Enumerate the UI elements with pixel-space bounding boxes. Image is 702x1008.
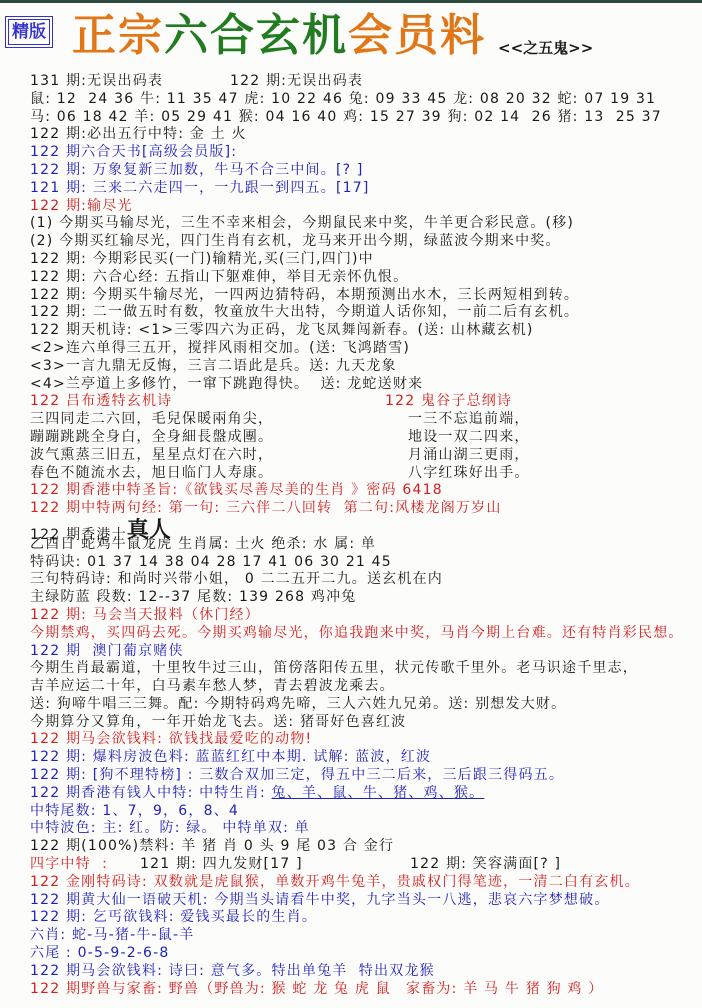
text-line: 122 期: 乞丐欲钱料: 爱钱买最长的生肖。 [30, 906, 702, 924]
text-segment: 月涌山湖三更雨， [408, 447, 530, 463]
text-line: (1) 今期买马输尽光，三生不幸来相会，今期鼠民来中奖，牛羊更合彩民意。(移) [30, 212, 702, 230]
version-badge: 精版 [8, 19, 50, 45]
text-line: 122 期: 六合心经: 五指山下躯难伸，举目无亲怀仇恨。 [30, 266, 702, 284]
text-segment: 主绿防蓝 段数: 12--37 尾数: 139 268 鸡冲兔 [30, 589, 357, 605]
text-segment: 122 期香港有钱人中特: 中特生肖: [30, 785, 272, 801]
text-segment: 122 期(100%)禁料: 羊 猪 肖 0 头 9 尾 03 合 金行 [30, 838, 394, 854]
text-line: 122 期: 二一做五时有数，牧童放牛大出特，今期道人话你知，一前二后有玄机。 [30, 301, 702, 319]
text-segment: 122 期马会欲钱料: 欲钱找最爱吃的动物! [30, 731, 312, 747]
text-line: <4>兰亭道上多修竹，一窜下跳跑得快。 送: 龙蛇送财来 [30, 373, 702, 391]
text-segment: 122 期香港中特圣旨:《欲钱买尽善尽美的生肖 》密码 6418 [30, 482, 443, 498]
text-line: (2) 今期买红输尽光，四门生肖有玄机，龙马来开出今期，绿蓝波今期来中奖。 [30, 230, 702, 248]
text-segment: 122 期:输尽光 [30, 198, 133, 214]
text-segment: 今期禁鸡，买四码去死。今期买鸡输尽光，你追我跑来中奖，马肖今期上台难。还有特肖彩… [30, 625, 684, 641]
text-segment: (2) 今期买红输尽光，四门生肖有玄机，龙马来开出今期，绿蓝波今期来中奖。 [30, 233, 561, 249]
text-segment: 122 鬼谷子总纲诗 [385, 393, 512, 409]
text-segment: 送: 狗啼牛唱三三舞。配: 今期特码鸡先啼，三人六姓九兄弟。送: 别想发大财。 [30, 696, 566, 712]
page-header: 精版 正宗六合玄机会员料 <<之五鬼>> [0, 3, 702, 64]
text-segment: 122 期: 笑容满面[? ] [410, 856, 561, 872]
text-segment: 兔、羊、鼠、牛、猪、鸡、猴。 [272, 785, 485, 801]
text-line: 122 金刚特码诗: 双数就是虎鼠猴，单数开鸡牛兔羊，贵戚权门得笔迹，一清二白有… [30, 871, 702, 889]
text-line: 今期算分又算角，一年开始龙飞去。送: 猪哥好色喜红波 [30, 711, 702, 729]
text-line: 122 期:输尽光 [30, 195, 702, 213]
text-segment: 中特尾数: 1、7，9，6，8、4 [30, 803, 239, 819]
text-line: 122 期香港有钱人中特: 中特生肖: 兔、羊、鼠、牛、猪、鸡、猴。 [30, 782, 702, 800]
text-segment: 家畜为: 羊 马 牛 猪 狗 鸡 ） [406, 981, 603, 997]
text-line: 中特波色: 主: 红。防: 绿。 中特单双: 单 [30, 817, 702, 835]
text-segment: 真人 [127, 518, 171, 543]
text-segment: 今期生肖最霸道，十里牧牛过三山，笛傍落阳传五里，状元传歌千里外。老马识途千里志， [30, 660, 638, 676]
text-line: 四字中特 :121 期: 四九发财[17 ]122 期: 笑容满面[? ] [30, 853, 702, 871]
text-line: 122 期黄大仙一语破天机: 今期当头请看牛中奖，九字当头一八逃，悲哀六字梦想破… [30, 889, 702, 907]
text-segment: 乙酉日 蛇鸡牛鼠龙虎 生肖属: 土火 绝杀: 水 属: 单 [30, 536, 376, 552]
text-line: 122 期马会欲钱料: 欲钱找最爱吃的动物! [30, 728, 702, 746]
text-segment: 三句特码诗: 和尚时兴带小姐， 0 二二五开二九。送玄机在内 [30, 571, 443, 587]
text-segment: 122 期六合天书[高级会员版]: [30, 144, 237, 160]
text-line: 今期禁鸡，买四码去死。今期买鸡输尽光，你追我跑来中奖，马肖今期上台难。还有特肖彩… [30, 622, 702, 640]
text-line: 122 期 澳门葡京赌侠 [30, 640, 702, 658]
text-segment: <3>一言九鼎无反悔，三言二语此是兵。送: 九天龙象 [30, 358, 397, 374]
text-segment: 122 期: 今期彩民买(一门)输精光,买(三门,四门)中 [30, 251, 374, 267]
text-line: 送: 狗啼牛唱三三舞。配: 今期特码鸡先啼，三人六姓九兄弟。送: 别想发大财。 [30, 693, 702, 711]
title-segment: 正宗 [72, 10, 164, 61]
text-segment: 吉羊应运二十年，白马素车愁人梦，青去碧波龙乘去。 [30, 678, 395, 694]
title-segment: 六合玄机 [164, 10, 348, 61]
text-segment: 中特波色: 主: 红。防: 绿。 中特单双: 单 [30, 820, 310, 836]
text-segment: 122 期: 二一做五时有数，牧童放牛大出特，今期道人话你知，一前二后有玄机。 [30, 304, 579, 320]
text-line: 122 期中特两句经: 第一句: 三六伴二八回转 第二句:风楼龙阁万岁山 [30, 497, 702, 515]
text-line: 131 期:无误出码表122 期:无误出码表 [30, 70, 702, 88]
text-line: 六尾 : 0-5-9-2-6-8 [30, 942, 702, 960]
text-line: 122 期: 爆料房波色料: 蓝蓝红红中本期. 试解: 蓝波，红波 [30, 746, 702, 764]
text-segment: 122 期马会欲钱料: 诗曰: 意气多。特出单兔羊 特出双龙猴 [30, 963, 435, 979]
text-line: 马: 06 18 42 羊: 05 29 41 猴: 04 16 40 鸡: 1… [30, 106, 702, 124]
text-line: 波气熏蒸三旧五，星星点灯在六时，月涌山湖三更雨， [30, 444, 702, 462]
text-line: <2>连六单得三五开，搅拌风雨相交加。(送: 飞鸿踏雪) [30, 337, 702, 355]
text-line: 121 期: 三来二六走四一，一九跟一到四五。[17] [30, 177, 702, 195]
text-line: 122 期香港十真人 [30, 515, 702, 533]
text-segment: 今期算分又算角，一年开始龙飞去。送: 猪哥好色喜红波 [30, 714, 406, 730]
text-segment: 六尾 : 0-5-9-2-6-8 [30, 945, 170, 961]
text-segment: 122 期黄大仙一语破天机: 今期当头请看牛中奖，九字当头一八逃，悲哀六字梦想破… [30, 892, 610, 908]
text-segment: <4>兰亭道上多修竹，一窜下跳跑得快。 送: 龙蛇送财来 [30, 376, 423, 392]
text-segment: 122 期:必出五行中特: 金 土 火 [30, 126, 247, 142]
text-line: 122 期: 今期买牛输尽光，一四两边猜特码，本期预测出水木，三长两短相到转。 [30, 284, 702, 302]
text-segment: 122 期 澳门葡京赌侠 [30, 643, 184, 659]
text-line: 吉羊应运二十年，白马素车愁人梦，青去碧波龙乘去。 [30, 675, 702, 693]
text-line: 122 期马会欲钱料: 诗曰: 意气多。特出单兔羊 特出双龙猴 [30, 960, 702, 978]
text-segment: 122 期: 马会当天报料（休门经） [30, 607, 260, 623]
title-segment: 会员料 [348, 10, 486, 61]
text-segment: 一三不忘追前端， [408, 411, 530, 427]
text-segment: 122 期: 乞丐欲钱料: 爱钱买最长的生肖。 [30, 909, 317, 925]
text-segment: 特码诀: 01 37 14 38 04 28 17 41 06 30 21 45 [30, 554, 392, 570]
page-title: 正宗六合玄机会员料 [72, 10, 486, 62]
text-line: 鼠: 12 24 36 牛: 11 35 47 虎: 10 22 46 兔: 0… [30, 88, 702, 106]
text-line: 122 期香港中特圣旨:《欲钱买尽善尽美的生肖 》密码 6418 [30, 479, 702, 497]
text-segment: 122 期:无误出码表 [230, 73, 363, 89]
text-line: 122 期:必出五行中特: 金 土 火 [30, 123, 702, 141]
text-line: 特码诀: 01 37 14 38 04 28 17 41 06 30 21 45 [30, 551, 702, 569]
text-line: 122 期天机诗: <1>三零四六为正码，龙飞凤舞闯新春。(送: 山林藏玄机) [30, 319, 702, 337]
text-segment: 六肖: 蛇-马-猪-牛-鼠-羊 [30, 927, 194, 943]
text-segment: 马: 06 18 42 羊: 05 29 41 猴: 04 16 40 鸡: 1… [30, 109, 662, 125]
text-segment: 122 期: 六合心经: 五指山下躯难伸，举目无亲怀仇恨。 [30, 269, 408, 285]
text-segment: 八字红珠好出手。 [408, 465, 530, 481]
text-segment: (1) 今期买马输尽光，三生不幸来相会，今期鼠民来中奖，牛羊更合彩民意。(移) [30, 215, 574, 231]
text-segment: 121 期: 三来二六走四一，一九跟一到四五。[17] [30, 180, 369, 196]
text-segment: 122 期: 万象复新三加数，牛马不合三中间。[? ] [30, 162, 364, 178]
edition-label: <<之五鬼>> [498, 37, 593, 58]
text-line: 122 吕布透特玄机诗122 鬼谷子总纲诗 [30, 390, 702, 408]
text-line: 六肖: 蛇-马-猪-牛-鼠-羊 [30, 924, 702, 942]
text-segment: 地设一双二四来， [408, 429, 530, 445]
text-line: 122 期: 马会当天报料（休门经） [30, 604, 702, 622]
text-line: 主绿防蓝 段数: 12--37 尾数: 139 268 鸡冲兔 [30, 586, 702, 604]
text-line: 122 期野兽与家畜: 野兽（野兽为: 猴 蛇 龙 兔 虎 鼠家畜为: 羊 马 … [30, 978, 702, 996]
text-line: 今期生肖最霸道，十里牧牛过三山，笛傍落阳传五里，状元传歌千里外。老马识途千里志， [30, 657, 702, 675]
content-lines: 131 期:无误出码表122 期:无误出码表鼠: 12 24 36 牛: 11 … [0, 64, 702, 995]
text-line: 春色不随流水去，旭日临门人寿康。八字红珠好出手。 [30, 462, 702, 480]
text-line: 122 期: 万象复新三加数，牛马不合三中间。[? ] [30, 159, 702, 177]
text-line: 122 期: 今期彩民买(一门)输精光,买(三门,四门)中 [30, 248, 702, 266]
text-segment: 122 期中特两句经: 第一句: 三六伴二八回转 第二句:风楼龙阁万岁山 [30, 500, 502, 516]
text-line: 122 期六合天书[高级会员版]: [30, 141, 702, 159]
text-segment: <2>连六单得三五开，搅拌风雨相交加。(送: 飞鸿踏雪) [30, 340, 410, 356]
text-segment: 122 期野兽与家畜: 野兽（野兽为: 猴 蛇 龙 兔 虎 鼠 [30, 978, 406, 998]
text-segment: 122 期: 今期买牛输尽光，一四两边猜特码，本期预测出水木，三长两短相到转。 [30, 287, 579, 303]
text-line: 三句特码诗: 和尚时兴带小姐， 0 二二五开二九。送玄机在内 [30, 568, 702, 586]
text-line: 122 期(100%)禁料: 羊 猪 肖 0 头 9 尾 03 合 金行 [30, 835, 702, 853]
text-segment: 122 期: 爆料房波色料: 蓝蓝红红中本期. 试解: 蓝波，红波 [30, 749, 431, 765]
text-line: 中特尾数: 1、7，9，6，8、4 [30, 800, 702, 818]
text-segment: 122 金刚特码诗: 双数就是虎鼠猴，单数开鸡牛兔羊，贵戚权门得笔迹，一清二白有… [30, 874, 640, 890]
text-line: 三四同走二六回，毛兒保暖兩角尖，一三不忘追前端， [30, 408, 702, 426]
text-line: 蹦蹦跳跳全身白，全身細長盤成團。地设一双二四来， [30, 426, 702, 444]
text-segment: 鼠: 12 24 36 牛: 11 35 47 虎: 10 22 46 兔: 0… [30, 91, 656, 107]
text-line: 122 期: [狗不理特榜] : 三数合双加三定，得五中三二后来，三后跟三得码五… [30, 764, 702, 782]
text-segment: 122 期天机诗: <1>三零四六为正码，龙飞凤舞闯新春。(送: 山林藏玄机) [30, 322, 534, 338]
text-segment: 122 期: [狗不理特榜] : 三数合双加三定，得五中三二后来，三后跟三得码五… [30, 767, 564, 783]
text-line: <3>一言九鼎无反悔，三言二语此是兵。送: 九天龙象 [30, 355, 702, 373]
